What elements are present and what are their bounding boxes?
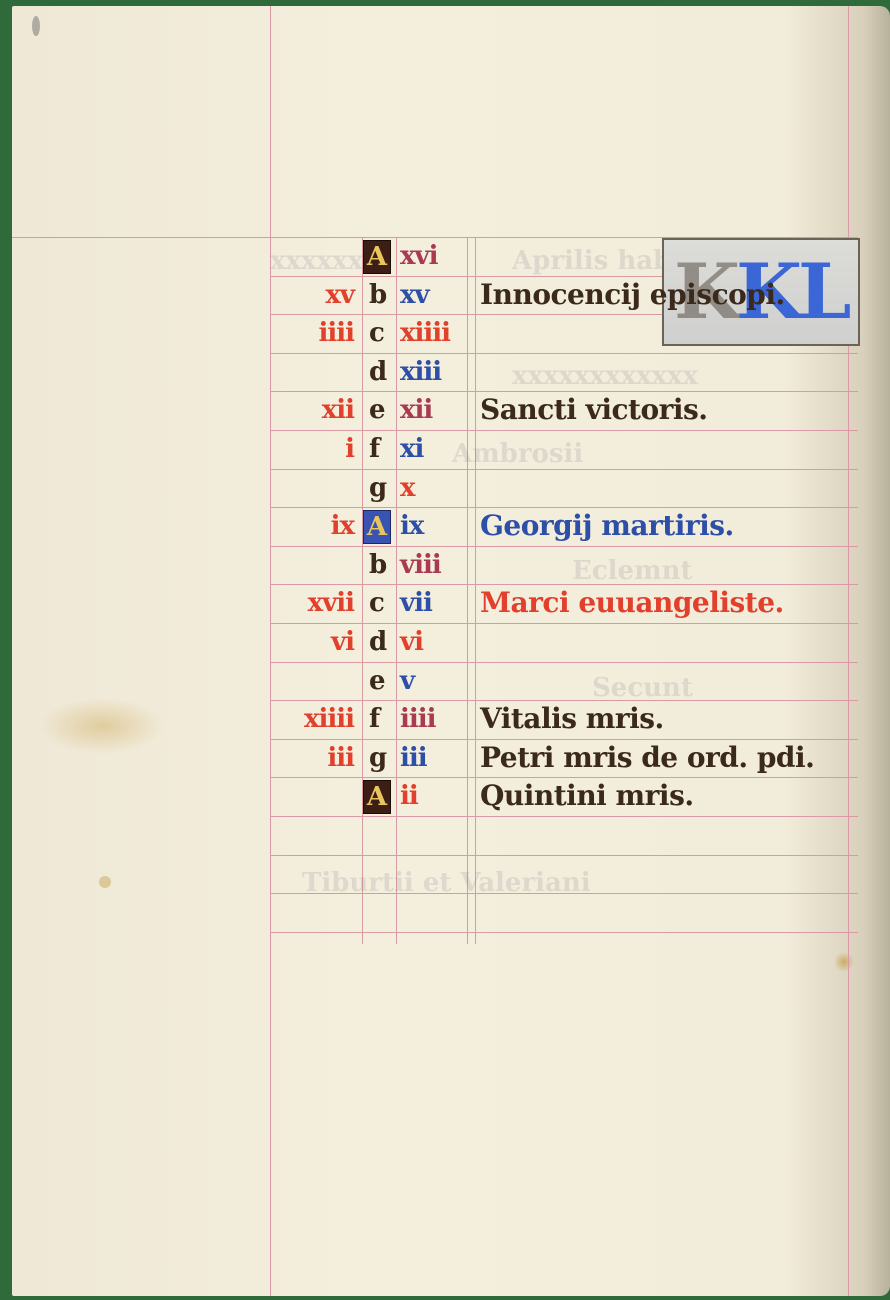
show-through-text: xxxxxx (270, 246, 363, 276)
ruling-right-margin (848, 6, 849, 1296)
kl-letter-flourish: L (798, 248, 851, 336)
dominical-letter: b (369, 549, 386, 581)
ruling-row (270, 662, 858, 663)
feast-entry: Sancti victoris. (480, 393, 708, 427)
dominical-letter: f (369, 433, 379, 465)
dominical-letter: d (369, 356, 386, 388)
show-through-text: xxxxxxxxxxxx (512, 361, 698, 391)
stain (99, 876, 111, 888)
feast-entry: Innocencij episcopi. (480, 278, 785, 312)
ruling-row (270, 353, 858, 354)
ruling-row (270, 623, 858, 624)
ruling-left-margin (270, 6, 271, 1296)
feast-entry: Georgij martiris. (480, 509, 734, 543)
feast-entry: Petri mris de ord. pdi. (480, 741, 814, 775)
ruling-row (270, 391, 858, 392)
day-count: xi (400, 433, 423, 465)
dominical-letter: f (369, 703, 379, 735)
ruling-row (270, 430, 858, 431)
golden-number: xv (325, 279, 354, 311)
ruling-row (270, 816, 858, 817)
ruling-col-text-a (467, 237, 468, 944)
golden-number: xii (322, 394, 354, 426)
dominical-letter: c (369, 587, 384, 619)
show-through-text: Eclemnt (572, 556, 693, 586)
day-count: xiii (400, 356, 441, 388)
day-count: iiii (400, 703, 436, 735)
ruling-row (270, 507, 858, 508)
day-count: viii (400, 549, 441, 581)
day-count: xiiii (400, 317, 450, 349)
manuscript-page: xxxxxx Aprilis habet dies xxxxxxxxxxxx A… (12, 6, 890, 1296)
ruling-row (270, 469, 858, 470)
ruling-row (270, 777, 858, 778)
show-through-text: Secunt (592, 673, 693, 703)
ruling-col-text-b (475, 237, 476, 944)
golden-number: iiii (318, 317, 354, 349)
day-count: xvi (400, 240, 438, 272)
dominical-letter: g (369, 742, 386, 774)
ruling-row (270, 932, 858, 933)
ruling-row (270, 855, 858, 856)
dominical-letter: b (369, 279, 386, 311)
dominical-letter: A (363, 510, 391, 544)
day-count: ix (400, 510, 423, 542)
golden-number: iii (327, 742, 354, 774)
ruling-row (270, 700, 858, 701)
dominical-letter: d (369, 626, 386, 658)
dominical-letter: A (363, 240, 391, 274)
day-count: x (400, 472, 415, 504)
ruling-row (270, 546, 858, 547)
day-count: ii (400, 780, 418, 812)
day-count: vii (400, 587, 432, 619)
dominical-letter: e (369, 665, 385, 697)
stain (32, 16, 40, 36)
dominical-letter: c (369, 317, 384, 349)
ruling-col-day (396, 237, 397, 944)
feast-entry: Marci euuangeliste. (480, 586, 784, 620)
day-count: v (400, 665, 414, 697)
show-through-text: Ambrosii (452, 439, 583, 469)
golden-number: vi (331, 626, 354, 658)
golden-number: xiiii (304, 703, 354, 735)
feast-entry: Vitalis mris. (480, 702, 664, 736)
dominical-letter: g (369, 472, 386, 504)
day-count: xii (400, 394, 432, 426)
golden-number: i (345, 433, 354, 465)
golden-number: xvii (308, 587, 354, 619)
day-count: xv (400, 279, 429, 311)
feast-entry: Quintini mris. (480, 779, 694, 813)
ruling-row (270, 739, 858, 740)
day-count: vi (400, 626, 423, 658)
dominical-letter: e (369, 394, 385, 426)
dominical-letter: A (363, 780, 391, 814)
golden-number: ix (331, 510, 354, 542)
show-through-text: Tiburtii et Valeriani (302, 868, 591, 898)
day-count: iii (400, 742, 427, 774)
ruling-row (270, 584, 858, 585)
ruling-col-letter (362, 237, 363, 944)
